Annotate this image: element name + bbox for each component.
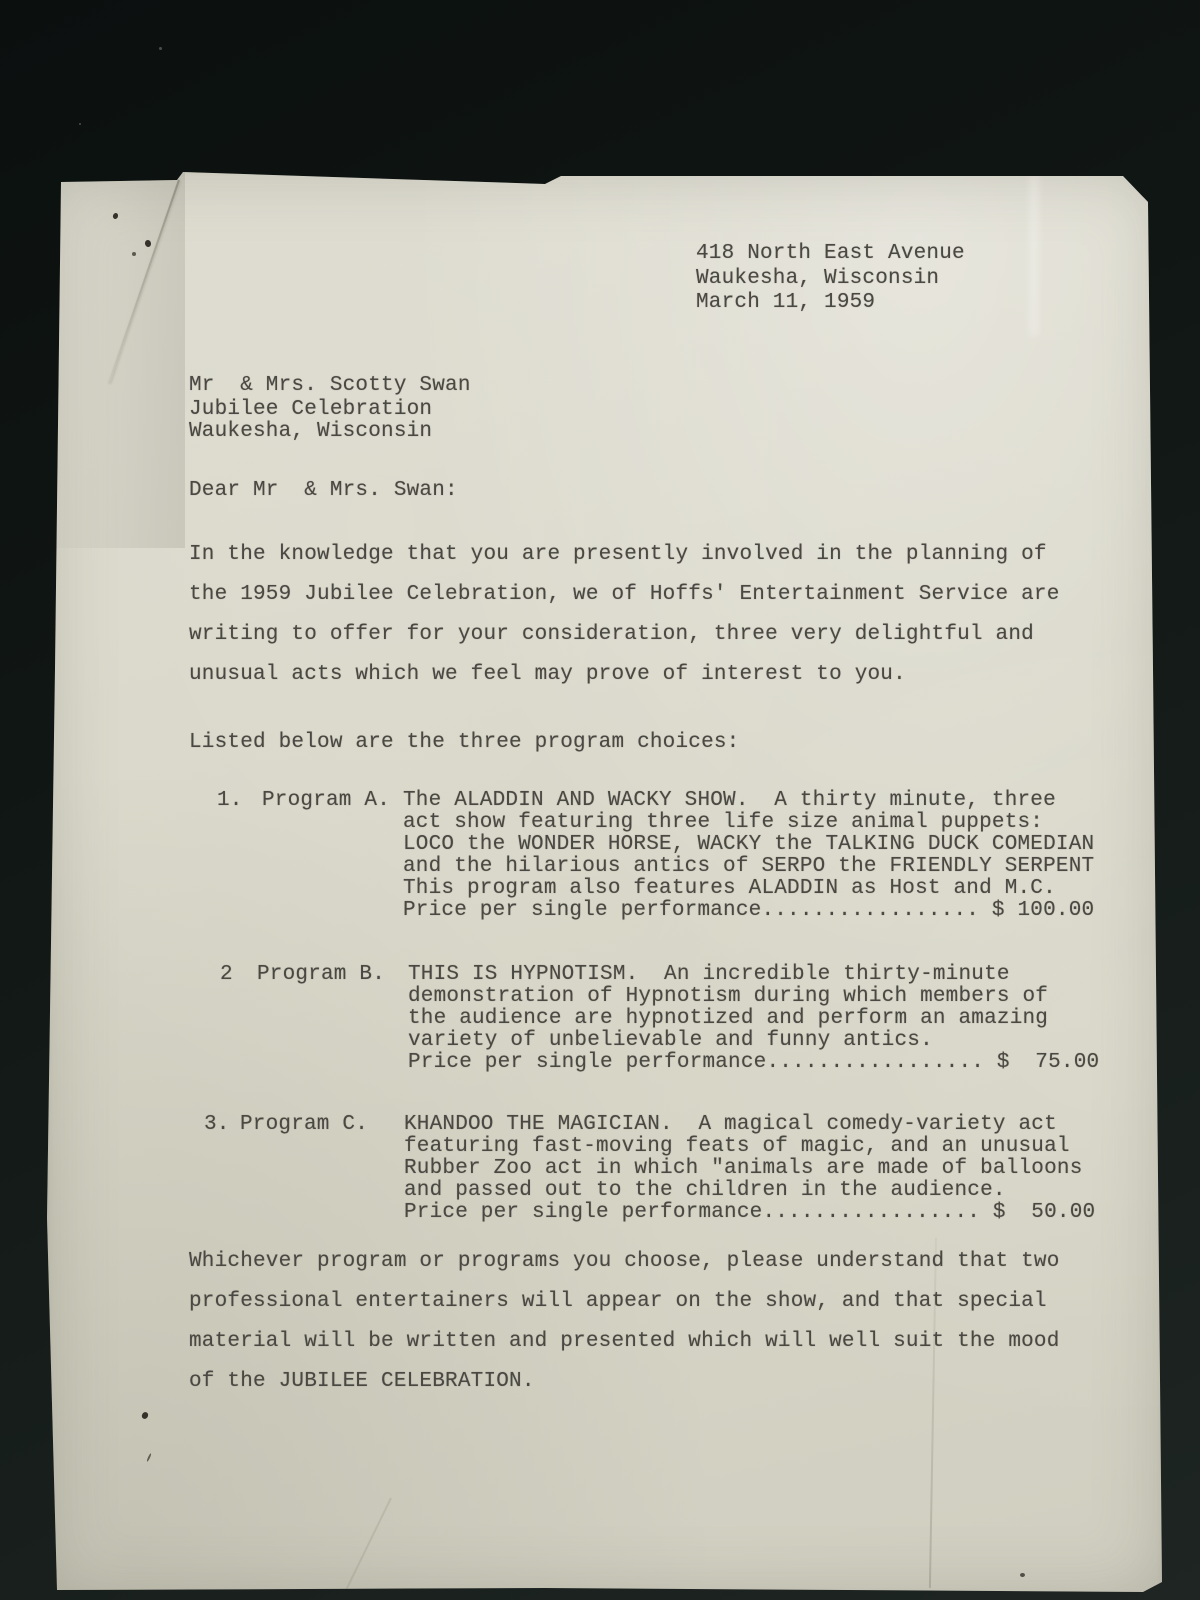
intro-paragraph-line: unusual acts which we feel may prove of …	[189, 664, 906, 686]
program-description-line: the audience are hypnotized and perform …	[408, 1008, 1048, 1030]
program-description-line: THIS IS HYPNOTISM. An incredible thirty-…	[408, 964, 1010, 986]
closing-paragraph-line: Whichever program or programs you choose…	[189, 1251, 1060, 1273]
program-number: 3.	[204, 1114, 230, 1136]
program-number: 1.	[217, 790, 243, 812]
dust-speck	[79, 123, 81, 125]
dust-speck	[159, 47, 162, 50]
program-price-line: Price per single performance............…	[404, 1202, 1095, 1224]
program-description-line: KHANDOO THE MAGICIAN. A magical comedy-v…	[404, 1114, 1057, 1136]
sender-address-line: Waukesha, Wisconsin	[696, 268, 939, 290]
paper-crease	[340, 1498, 392, 1600]
foxing-speck	[141, 1411, 150, 1420]
closing-paragraph-line: of the JUBILEE CELEBRATION.	[189, 1371, 535, 1393]
recipient-line: Jubilee Celebration	[189, 399, 432, 421]
program-number: 2	[220, 964, 233, 986]
closing-paragraph-line: professional entertainers will appear on…	[189, 1291, 1047, 1313]
program-description-line: variety of unbelievable and funny antics…	[408, 1030, 933, 1052]
program-description-line: Rubber Zoo act in which "animals are mad…	[404, 1158, 1083, 1180]
closing-paragraph-line: material will be written and presented w…	[189, 1331, 1060, 1353]
program-description-line: demonstration of Hypnotism during which …	[408, 986, 1048, 1008]
intro-paragraph-line: writing to offer for your consideration,…	[189, 624, 1034, 646]
program-list-intro: Listed below are the three program choic…	[189, 732, 740, 754]
program-description-line: act show featuring three life size anima…	[403, 812, 1043, 834]
program-label: Program C.	[240, 1114, 368, 1136]
paper-fold-highlight	[1030, 176, 1038, 336]
program-description-line: This program also features ALADDIN as Ho…	[403, 878, 1056, 900]
foxing-speck	[146, 1453, 152, 1462]
foxing-speck	[1020, 1573, 1025, 1577]
recipient-line: Waukesha, Wisconsin	[189, 421, 432, 443]
program-label: Program A.	[262, 790, 390, 812]
program-price-line: Price per single performance............…	[403, 900, 1094, 922]
intro-paragraph-line: the 1959 Jubilee Celebration, we of Hoff…	[189, 584, 1060, 606]
photo-of-letter: { "colors": { "paper": "#d8d6c8", "ink":…	[0, 0, 1200, 1600]
salutation: Dear Mr & Mrs. Swan:	[189, 480, 458, 502]
program-description-line: and the hilarious antics of SERPO the FR…	[403, 856, 1094, 878]
program-description-line: and passed out to the children in the au…	[404, 1180, 1006, 1202]
letter-date: March 11, 1959	[696, 292, 875, 314]
sender-address-line: 418 North East Avenue	[696, 243, 965, 265]
program-price-line: Price per single performance............…	[408, 1052, 1099, 1074]
program-label: Program B.	[257, 964, 385, 986]
program-description-line: The ALADDIN AND WACKY SHOW. A thirty min…	[403, 790, 1056, 812]
program-description-line: LOCO the WONDER HORSE, WACKY the TALKING…	[403, 834, 1094, 856]
foxing-speck	[132, 252, 136, 256]
program-description-line: featuring fast-moving feats of magic, an…	[404, 1136, 1070, 1158]
intro-paragraph-line: In the knowledge that you are presently …	[189, 544, 1047, 566]
recipient-line: Mr & Mrs. Scotty Swan	[189, 375, 471, 397]
